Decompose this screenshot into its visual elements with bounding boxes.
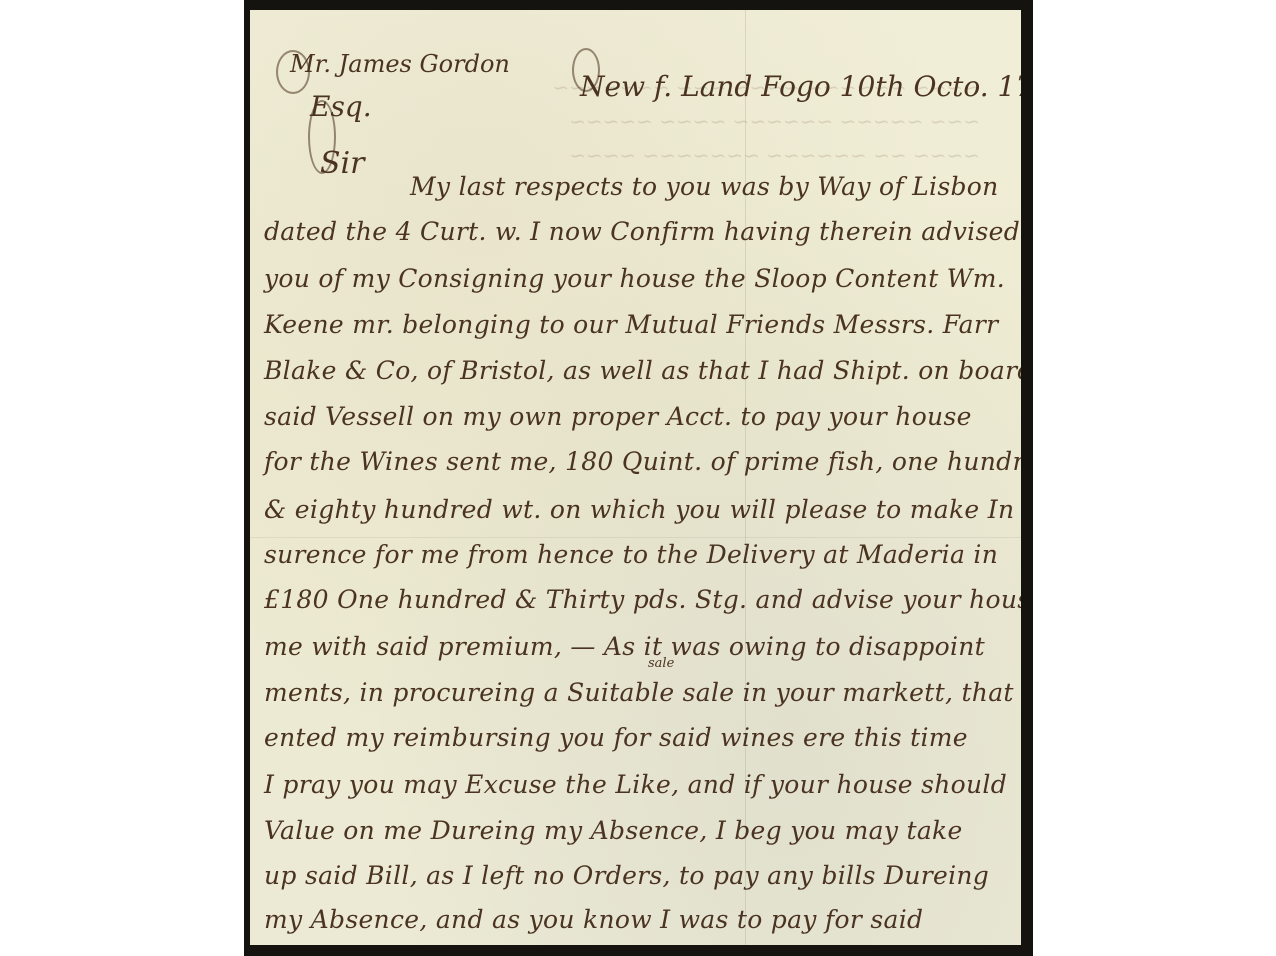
letter-page: ~~~~ ~~~~~~ ~~~~ ~~~ ~~~~~~~ ~~~ ~~~~~ ~… — [250, 10, 1021, 945]
body-line: Value on me Dureing my Absence, I beg yo… — [264, 816, 963, 845]
body-line: you of my Consigning your house the Sloo… — [264, 264, 1005, 293]
body-line: said Vessell on my own proper Acct. to p… — [264, 402, 972, 431]
body-line: for the Wines sent me, 180 Quint. of pri… — [264, 447, 1021, 476]
body-line: £180 One hundred & Thirty pds. Stg. and … — [264, 585, 1021, 614]
horizontal-fold-crease — [250, 537, 1021, 538]
body-line: & eighty hundred wt. on which you will p… — [264, 495, 1014, 524]
addressee: Mr. James Gordon — [290, 50, 510, 78]
body-line: ments, in procureing a Suitable sale in … — [264, 678, 1021, 707]
body-line: dated the 4 Curt. w. I now Confirm havin… — [264, 217, 1020, 246]
body-line: my Absence, and as you know I was to pay… — [264, 905, 923, 934]
body-line: Keene mr. belonging to our Mutual Friend… — [264, 310, 998, 339]
addressee-title: Esq. — [310, 90, 372, 123]
body-line: up said Bill, as I left no Orders, to pa… — [264, 861, 989, 890]
place-date: New f. Land Fogo 10th Octo. 1767 — [580, 70, 1021, 103]
interlinear-insertion: sale — [648, 656, 674, 671]
body-line: I pray you may Excuse the Like, and if y… — [264, 770, 1007, 799]
salutation: Sir — [320, 146, 365, 181]
body-line: surence for me from hence to the Deliver… — [264, 540, 998, 569]
body-line: My last respects to you was by Way of Li… — [410, 172, 999, 201]
body-line: Blake & Co, of Bristol, as well as that … — [264, 356, 1021, 385]
body-line: me with said premium, — As it was owing … — [264, 632, 985, 661]
body-line: ented my reimbursing you for said wines … — [264, 723, 968, 752]
